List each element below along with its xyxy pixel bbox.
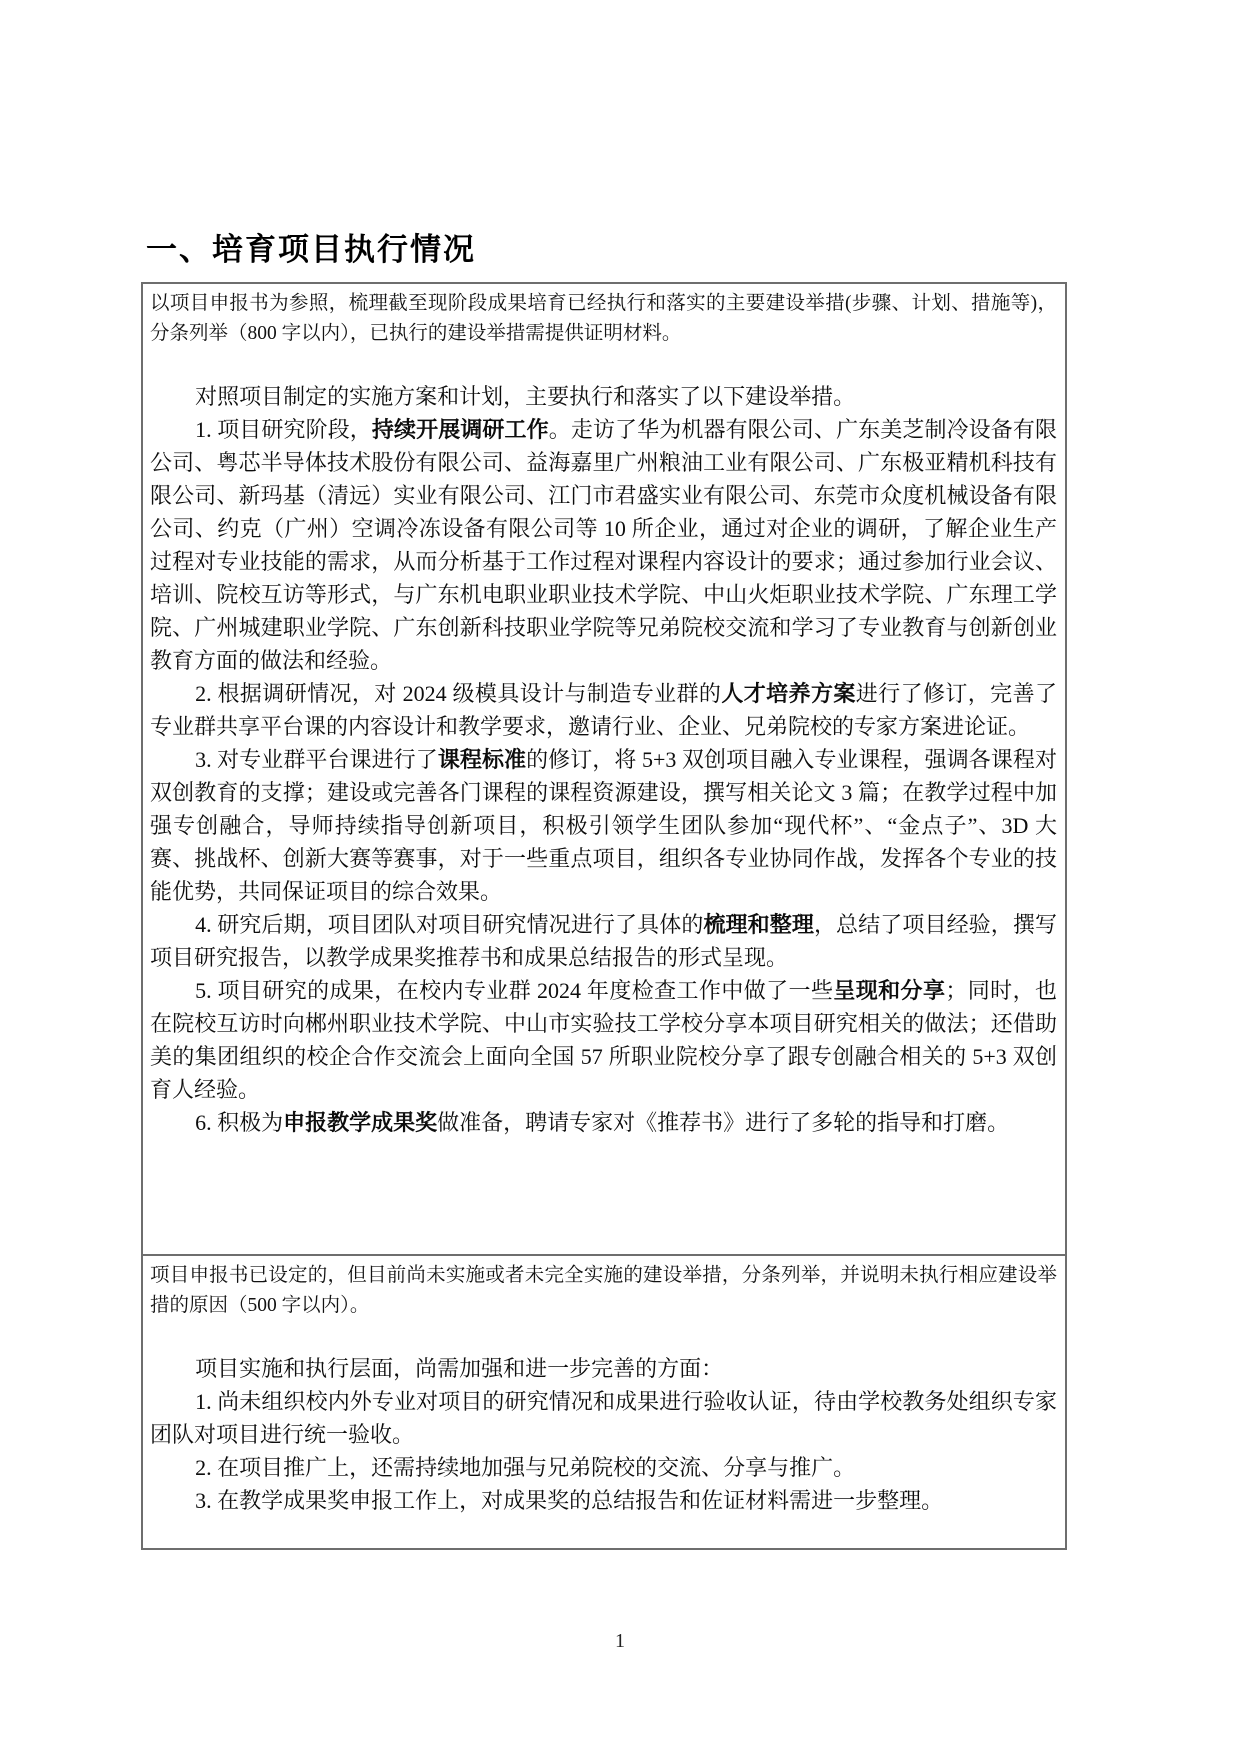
text-run: 2. 根据调研情况，对 2024 级模具设计与制造专业群的	[195, 681, 721, 706]
text-run: 。走访了华为机器有限公司、广东美芝制冷设备有限公司、粤芯半导体技术股份有限公司、…	[150, 417, 1057, 673]
paragraph: 1. 项目研究阶段，持续开展调研工作。走访了华为机器有限公司、广东美芝制冷设备有…	[150, 413, 1057, 677]
document-page: 一、培育项目执行情况 以项目申报书为参照，梳理截至现阶段成果培育已经执行和落实的…	[0, 0, 1240, 1753]
instruction-text-unimplemented: 项目申报书已设定的，但目前尚未实施或者未完全实施的建设举措，分条列举，并说明未执…	[150, 1261, 1057, 1321]
paragraph: 项目实施和执行层面，尚需加强和进一步完善的方面：	[150, 1352, 1057, 1385]
bold-text-run: 持续开展调研工作	[372, 417, 549, 442]
page-title: 一、培育项目执行情况	[146, 224, 476, 269]
text-run: 1. 项目研究阶段，	[195, 417, 372, 442]
paragraph: 4. 研究后期，项目团队对项目研究情况进行了具体的梳理和整理，总结了项目经验，撰…	[150, 908, 1057, 974]
bold-text-run: 呈现和分享	[833, 978, 945, 1003]
bold-text-run: 申报教学成果奖	[283, 1110, 437, 1135]
bold-text-run: 课程标准	[438, 747, 526, 772]
paragraph: 5. 项目研究的成果，在校内专业群 2024 年度检查工作中做了一些呈现和分享；…	[150, 974, 1057, 1106]
page-number: 1	[0, 1630, 1240, 1653]
instruction-text-executed: 以项目申报书为参照，梳理截至现阶段成果培育已经执行和落实的主要建设举措(步骤、计…	[150, 289, 1057, 349]
text-run: 1. 尚未组织校内外专业对项目的研究情况和成果进行验收认证，待由学校教务处组织专…	[150, 1389, 1057, 1447]
text-run: 2. 在项目推广上，还需持续地加强与兄弟院校的交流、分享与推广。	[195, 1455, 855, 1480]
text-run: 项目实施和执行层面，尚需加强和进一步完善的方面：	[195, 1356, 723, 1381]
text-run: 3. 在教学成果奖申报工作上，对成果奖的总结报告和佐证材料需进一步整理。	[195, 1488, 943, 1513]
project-execution-table: 以项目申报书为参照，梳理截至现阶段成果培育已经执行和落实的主要建设举措(步骤、计…	[141, 282, 1067, 1550]
paragraph: 6. 积极为申报教学成果奖做准备，聘请专家对《推荐书》进行了多轮的指导和打磨。	[150, 1106, 1057, 1139]
text-run: 做准备，聘请专家对《推荐书》进行了多轮的指导和打磨。	[437, 1110, 1009, 1135]
text-run: 6. 积极为	[195, 1110, 283, 1135]
paragraph: 对照项目制定的实施方案和计划，主要执行和落实了以下建设举措。	[150, 380, 1057, 413]
bold-text-run: 梳理和整理	[703, 912, 814, 937]
paragraph: 3. 在教学成果奖申报工作上，对成果奖的总结报告和佐证材料需进一步整理。	[150, 1484, 1057, 1517]
text-run: 4. 研究后期，项目团队对项目研究情况进行了具体的	[195, 912, 703, 937]
unimplemented-measures-body: 项目实施和执行层面，尚需加强和进一步完善的方面：1. 尚未组织校内外专业对项目的…	[150, 1352, 1057, 1517]
executed-measures-body: 对照项目制定的实施方案和计划，主要执行和落实了以下建设举措。1. 项目研究阶段，…	[150, 380, 1057, 1139]
text-run: 3. 对专业群平台课进行了	[195, 747, 438, 772]
table-row-executed-measures: 以项目申报书为参照，梳理截至现阶段成果培育已经执行和落实的主要建设举措(步骤、计…	[143, 284, 1065, 1256]
table-row-unimplemented-measures: 项目申报书已设定的，但目前尚未实施或者未完全实施的建设举措，分条列举，并说明未执…	[143, 1256, 1065, 1548]
paragraph: 1. 尚未组织校内外专业对项目的研究情况和成果进行验收认证，待由学校教务处组织专…	[150, 1385, 1057, 1451]
paragraph: 3. 对专业群平台课进行了课程标准的修订，将 5+3 双创项目融入专业课程，强调…	[150, 743, 1057, 908]
paragraph: 2. 在项目推广上，还需持续地加强与兄弟院校的交流、分享与推广。	[150, 1451, 1057, 1484]
text-run: 5. 项目研究的成果，在校内专业群 2024 年度检查工作中做了一些	[195, 978, 833, 1003]
text-run: 对照项目制定的实施方案和计划，主要执行和落实了以下建设举措。	[195, 384, 855, 409]
paragraph: 2. 根据调研情况，对 2024 级模具设计与制造专业群的人才培养方案进行了修订…	[150, 677, 1057, 743]
bold-text-run: 人才培养方案	[721, 681, 855, 706]
